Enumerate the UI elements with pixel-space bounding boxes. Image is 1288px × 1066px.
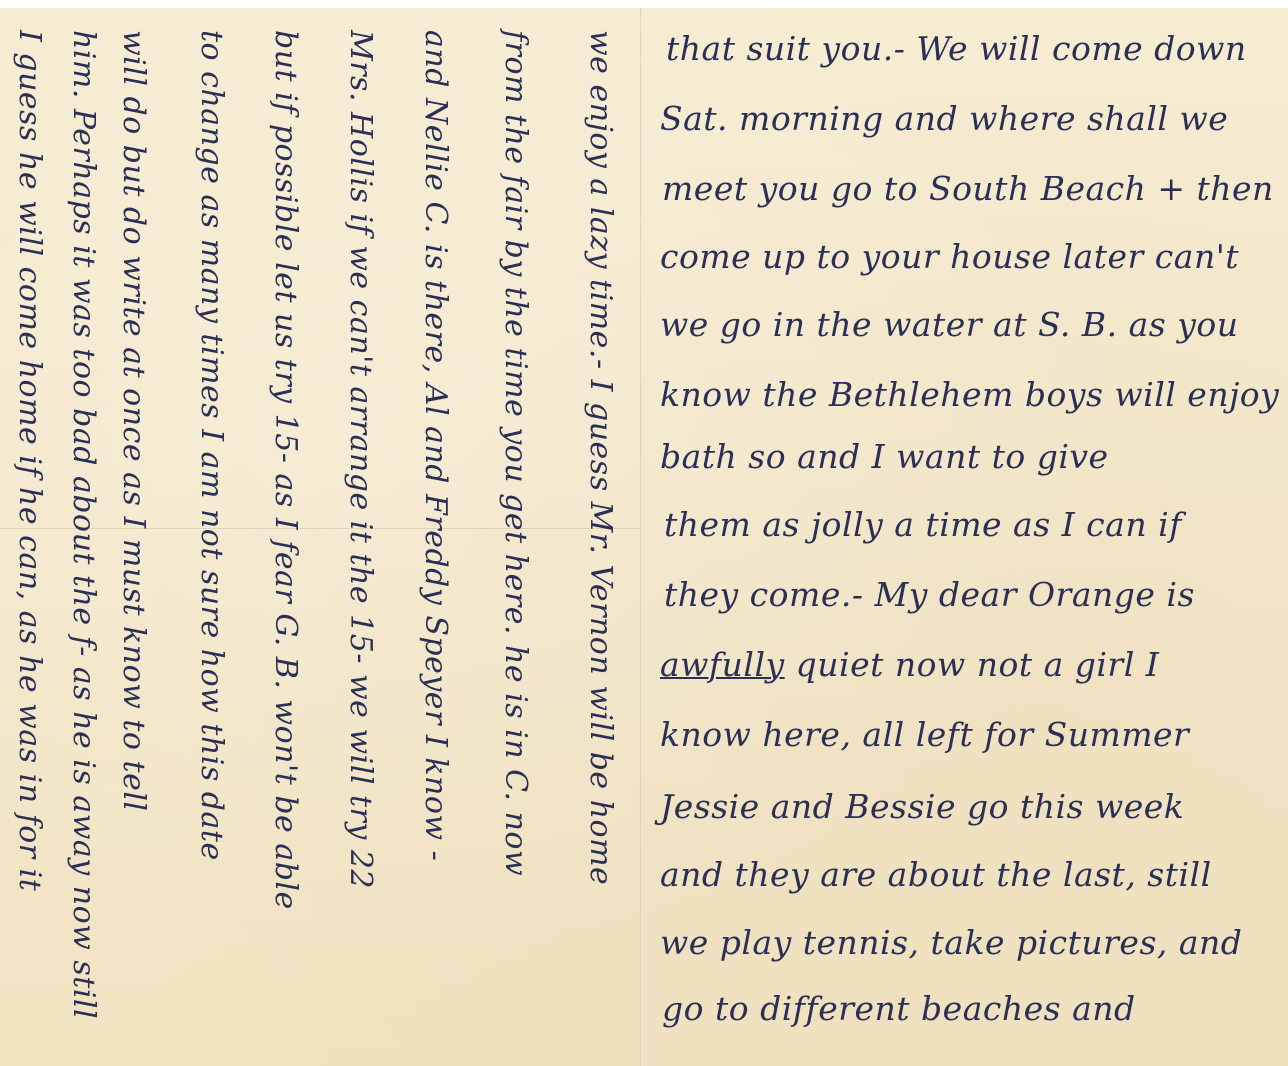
right-line-15: go to different beaches and — [662, 992, 1136, 1025]
right-line-8: them as jolly a time as I can if — [664, 508, 1182, 541]
left-line-1: we enjoy a lazy time.- I guess Mr. Verno… — [585, 30, 615, 1060]
left-line-8: him. Perhaps it was too bad about the f-… — [68, 30, 98, 1060]
left-line-4: Mrs. Hollis if we can't arrange it the 1… — [345, 30, 375, 1060]
center-fold — [640, 8, 642, 1066]
right-line-12: Jessie and Bessie go this week — [660, 790, 1184, 823]
right-line-10: awfully quiet now not a girl I — [660, 648, 1159, 681]
letter-sheet: we enjoy a lazy time.- I guess Mr. Verno… — [0, 8, 1288, 1066]
right-line-5: we go in the water at S. B. as you — [660, 308, 1238, 341]
right-line-10-rest: quiet now not a girl I — [785, 645, 1160, 684]
right-page: that suit you.- We will come down Sat. m… — [660, 8, 1280, 1066]
right-line-6: know the Bethlehem boys will enjoy a — [660, 378, 1288, 411]
left-page: we enjoy a lazy time.- I guess Mr. Verno… — [0, 8, 640, 1066]
left-line-9: I guess he will come home if he can, as … — [14, 30, 44, 1060]
right-line-3: meet you go to South Beach + then — [662, 172, 1274, 205]
left-line-2: from the fair by the time you get here. … — [500, 30, 530, 1060]
left-line-6: to change as many times I am not sure ho… — [196, 30, 226, 1060]
left-line-3: and Nellie C. is there, Al and Freddy Sp… — [420, 30, 450, 1060]
right-line-2: Sat. morning and where shall we — [660, 102, 1228, 135]
right-line-1: that suit you.- We will come down — [666, 32, 1247, 65]
right-line-14: we play tennis, take pictures, and — [660, 926, 1242, 959]
underlined-word: awfully — [660, 645, 785, 684]
left-line-5: but if possible let us try 15- as I fear… — [270, 30, 300, 1060]
right-line-13: and they are about the last, still — [660, 858, 1212, 891]
right-line-9: they come.- My dear Orange is — [664, 578, 1195, 611]
left-line-7: will do but do write at once as I must k… — [118, 30, 148, 1060]
right-line-11: know here, all left for Summer — [660, 718, 1189, 751]
right-line-7: bath so and I want to give — [660, 440, 1109, 473]
right-line-4: come up to your house later can't — [660, 240, 1239, 273]
